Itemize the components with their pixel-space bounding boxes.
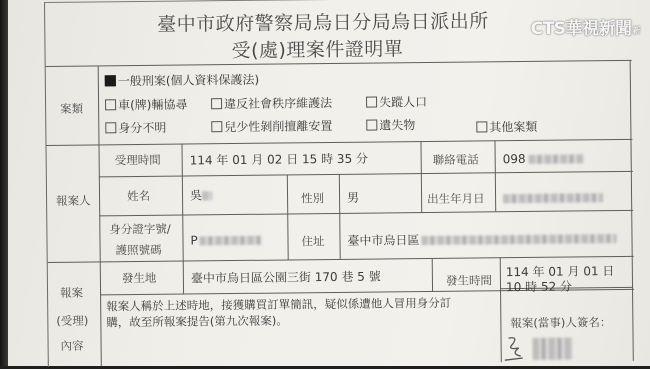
signature-label: 報案(當事)人簽名： <box>510 317 611 330</box>
birthdate-value <box>503 191 603 204</box>
name-visible-char: 吳 <box>190 188 202 202</box>
cts-news-watermark: CTS華視新聞新 <box>531 14 640 39</box>
redacted-blur <box>503 193 603 203</box>
phone-label: 聯絡電話 <box>433 154 479 166</box>
case-option-label: 兒少性剝削擅離安置 <box>224 119 332 134</box>
case-option-general-criminal[interactable]: 一般刑案(個人資料保護法) <box>105 74 259 88</box>
col-divider-gender-left <box>287 174 289 259</box>
col-divider-phone-right <box>494 140 496 211</box>
checkbox[interactable] <box>366 120 377 131</box>
watermark-sub: 新 <box>633 26 641 35</box>
divider-under-received-time <box>99 171 633 178</box>
case-option-child-exploitation[interactable]: 兒少性剝削擅離安置 <box>211 120 332 133</box>
document-title-form: 受(處)理案件證明單 <box>231 40 403 61</box>
checkbox-checked[interactable] <box>105 75 116 86</box>
case-option-label: 一般刑案(個人資料保護法) <box>118 73 260 88</box>
divider-under-title <box>46 60 632 67</box>
case-option-vehicle-search[interactable]: 車(牌)輛協尋 <box>105 99 187 112</box>
birthdate-label: 出生年月日 <box>427 193 485 205</box>
case-option-lost-property[interactable]: 遺失物 <box>366 119 415 132</box>
report-content-line2: 購，故至所報案提告(第九次報案)。 <box>106 315 288 328</box>
redacted-blur <box>200 236 262 246</box>
address-label: 住址 <box>301 236 324 248</box>
report-content-line1: 報案人稱於上述時地，接獲購買訂單簡訊，疑似係遭他人冒用身分訂 <box>106 298 451 313</box>
case-option-label: 違反社會秩序維護法 <box>224 96 332 111</box>
id-label-line2: 護照號碼 <box>116 245 162 257</box>
case-certificate-form: 臺中市政府警察局烏日分局烏日派出所 受(處)理案件證明單 案類 一般刑案(個人資… <box>44 0 635 366</box>
phone-value: 098 <box>503 152 584 165</box>
occur-time-line1: 114 年 01 月 01 日 <box>506 265 615 278</box>
col-divider-gender-right <box>339 174 341 259</box>
case-option-label: 其他案類 <box>489 120 537 135</box>
redacted-blur <box>202 191 212 200</box>
address-value: 臺中市烏日區 <box>347 232 616 247</box>
location-label: 發生地 <box>122 273 157 285</box>
watermark-brand: CTS華視新聞 <box>531 19 632 39</box>
case-type-label: 案類 <box>60 104 83 116</box>
case-option-other[interactable]: 其他案類 <box>476 121 537 134</box>
occur-time-line2: 10 時 52 分 <box>506 280 572 293</box>
divider-under-name <box>99 210 633 217</box>
col-divider-occur-left <box>432 258 434 291</box>
occur-time-label: 發生時間 <box>446 275 492 287</box>
checkbox[interactable] <box>211 98 222 109</box>
report-section-label-line1: 報案 <box>60 288 83 300</box>
redacted-blur <box>421 234 616 245</box>
col-divider-label <box>181 144 184 294</box>
report-section-label-line3: 內容 <box>61 341 84 353</box>
photo-edge-shadow <box>0 0 8 366</box>
document-paper: 臺中市政府警察局烏日分局烏日派出所 受(處)理案件證明單 案類 一般刑案(個人資… <box>8 0 650 366</box>
location-value: 臺中市烏日區公園三街 170 巷 5 號 <box>191 270 381 284</box>
redacted-blur <box>529 154 584 164</box>
case-option-missing-person[interactable]: 失蹤人口 <box>366 96 427 109</box>
col-divider-phone-left <box>420 141 422 212</box>
phone-visible-digits: 098 <box>503 152 526 166</box>
reporter-section-label: 報案人 <box>56 196 91 208</box>
name-value: 吳 <box>190 189 212 201</box>
checkbox[interactable] <box>476 121 487 132</box>
document-title-agency: 臺中市政府警察局烏日分局烏日派出所 <box>157 12 489 34</box>
case-option-label: 車(牌)輛協尋 <box>118 98 188 113</box>
case-option-label: 遺失物 <box>379 118 415 132</box>
form-right-border <box>630 60 634 361</box>
gender-label: 性別 <box>301 193 324 205</box>
checkbox[interactable] <box>105 122 116 133</box>
checkbox[interactable] <box>105 99 116 110</box>
name-label: 姓名 <box>127 191 150 203</box>
id-visible-char: P <box>190 233 197 247</box>
received-time-value: 114 年 01 月 02 日 15 時 35 分 <box>190 153 368 167</box>
address-visible-part: 臺中市烏日區 <box>347 233 419 248</box>
report-section-label-line2: (受理) <box>56 316 88 328</box>
case-option-label: 失蹤人口 <box>379 95 427 110</box>
id-label-line1: 身分證字號/ <box>109 224 170 236</box>
id-value: P <box>190 234 261 247</box>
case-option-label: 身分不明 <box>118 121 166 136</box>
checkbox[interactable] <box>211 121 222 132</box>
checkbox[interactable] <box>366 97 377 108</box>
redacted-signature-blur <box>533 337 573 359</box>
gender-value: 男 <box>347 192 359 204</box>
divider-under-case-type <box>46 139 632 146</box>
case-option-social-order[interactable]: 違反社會秩序維護法 <box>211 97 332 110</box>
case-option-unknown-identity[interactable]: 身分不明 <box>105 122 166 135</box>
received-time-label: 受理時間 <box>115 155 161 167</box>
